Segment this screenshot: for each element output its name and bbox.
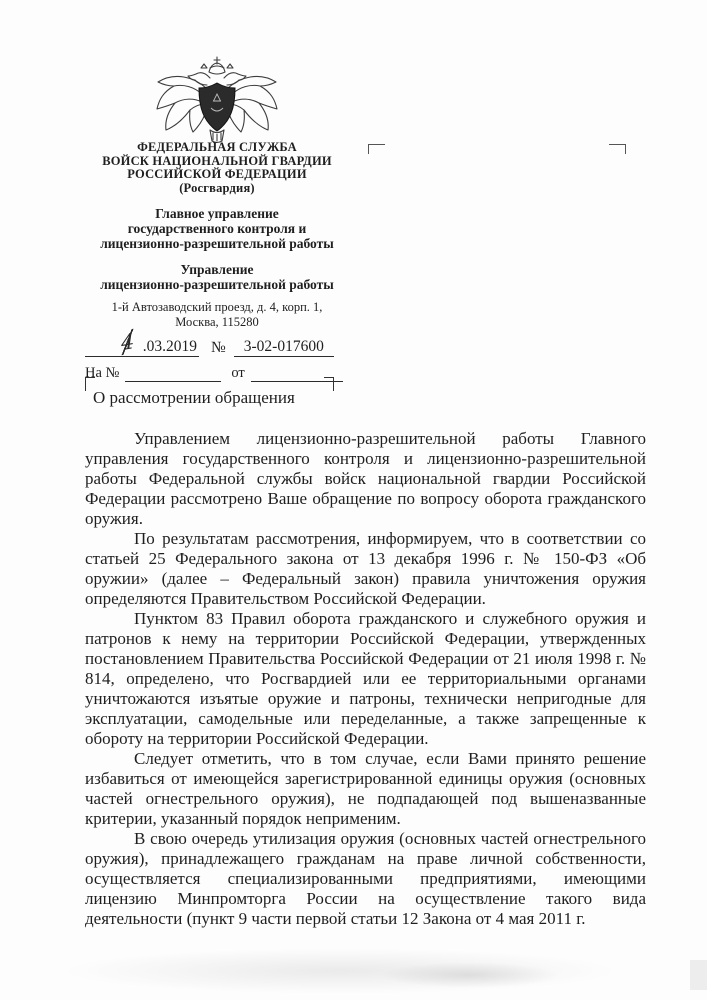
letter-body: Управлением лицензионно-разрешительной р… — [85, 429, 646, 929]
handwritten-day-digit: 4 — [121, 329, 135, 356]
date-field: 4 .03.2019 — [85, 338, 199, 357]
reply-number-field-blank — [125, 381, 221, 382]
body-paragraph: В свою очередь утилизация оружия (основн… — [85, 829, 646, 929]
department-line: лицензионно-разрешительной работы — [88, 236, 346, 251]
address-zone-left-corner-mark — [368, 144, 385, 154]
department-block: Главное управление государственного конт… — [88, 206, 346, 251]
postal-address-block: 1-й Автозаводский проезд, д. 4, корп. 1,… — [88, 300, 346, 329]
number-sign-label: № — [211, 339, 226, 357]
rosgvardia-eagle-emblem-icon — [154, 56, 280, 144]
body-paragraph: Управлением лицензионно-разрешительной р… — [85, 429, 646, 529]
scan-noise-smudge — [380, 962, 560, 988]
body-paragraph: По результатам рассмотрения, информируем… — [85, 529, 646, 609]
org-name-line: РОССИЙСКОЙ ФЕДЕРАЦИИ — [88, 168, 346, 182]
department-line: государственного контроля и — [88, 221, 346, 236]
letter-subject: О рассмотрении обращения — [93, 388, 295, 408]
org-name-line: ВОЙСК НАЦИОНАЛЬНОЙ ГВАРДИИ — [88, 155, 346, 169]
date-number-row: 4 .03.2019 № 3-02-017600 — [85, 334, 345, 357]
address-zone-right-corner-mark — [609, 144, 626, 154]
division-line: Управление — [88, 262, 346, 277]
address-line: Москва, 115280 — [88, 315, 346, 330]
address-line: 1-й Автозаводский проезд, д. 4, корп. 1, — [88, 300, 346, 315]
scan-noise-smudge — [60, 948, 620, 994]
reply-reference-row: На № от — [85, 359, 345, 382]
org-name-block: ФЕДЕРАЛЬНАЯ СЛУЖБА ВОЙСК НАЦИОНАЛЬНОЙ ГВ… — [88, 141, 346, 195]
department-line: Главное управление — [88, 206, 346, 221]
reference-block: 4 .03.2019 № 3-02-017600 На № от — [85, 334, 345, 382]
org-name-line: ФЕДЕРАЛЬНАЯ СЛУЖБА — [88, 141, 346, 155]
scan-edge-artifact — [690, 960, 707, 990]
division-block: Управление лицензионно-разрешительной ра… — [88, 262, 346, 292]
org-short-name: (Росгвардия) — [88, 182, 346, 196]
outgoing-number-field: 3-02-017600 — [234, 338, 334, 357]
reply-from-label: от — [231, 365, 244, 382]
subject-zone-right-corner-mark — [324, 377, 334, 391]
printed-date: .03.2019 — [143, 338, 197, 355]
scanned-letter-page: ФЕДЕРАЛЬНАЯ СЛУЖБА ВОЙСК НАЦИОНАЛЬНОЙ ГВ… — [0, 0, 707, 1000]
body-paragraph: Пунктом 83 Правил оборота гражданского и… — [85, 609, 646, 749]
body-paragraph: Следует отметить, что в том случае, если… — [85, 749, 646, 829]
division-line: лицензионно-разрешительной работы — [88, 277, 346, 292]
